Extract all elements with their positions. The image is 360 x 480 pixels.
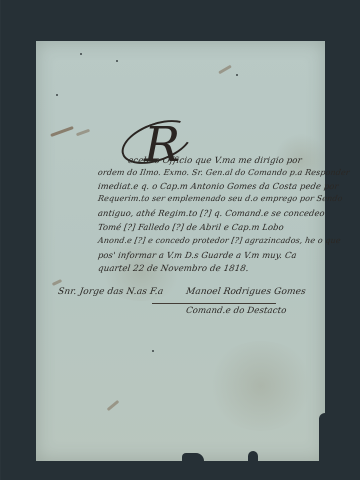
signature-title: Comand.e do Destacto [185,306,287,316]
paper-speck [152,350,154,352]
salutation: Snr. Jorge das N.as F.a [57,287,164,297]
body-line-7: Anond.e [?] e concedo protedor [?] agraz… [97,236,341,245]
signature-name: Manoel Rodrigues Gomes [185,287,306,297]
body-line-6: Tomé [?] Falledo [?] de Abril e Cap.m Lo… [97,222,284,232]
body-line-1: ecebi o Officio que V.ma me dirigio por [127,156,302,166]
paper-speck [116,60,118,62]
paper-tear [182,453,204,463]
paper-speck [56,94,58,96]
paper-stain [206,341,316,431]
paper-tear [319,413,327,463]
paper-speck [80,53,82,55]
ink-stroke [50,126,74,137]
ink-stroke [107,400,120,411]
ink-stroke [52,279,62,286]
paper-speck [236,74,238,76]
body-line-3: imediat.e q. o Cap.m Antonio Gomes da Co… [97,181,339,191]
body-line-9-date: quartel 22 de Novembro de 1818. [97,264,249,274]
signature-underline [152,303,276,304]
ink-stroke [76,129,90,137]
manuscript-page: R ecebi o Officio que V.ma me dirigio po… [36,41,325,461]
body-line-8: pos' informar a V.m D.s Guarde a V.m muy… [97,250,297,260]
ink-stroke [218,65,232,75]
body-line-5: antiguo, athé Regim.to [?] q. Comand.e s… [97,208,325,218]
paper-tear [248,451,258,463]
body-line-4: Requerim.to ser emplemenado seu d.o empr… [97,194,343,203]
body-line-2: ordem do Ilmo. Exmo. Sr. Gen.al do Coman… [97,168,350,177]
